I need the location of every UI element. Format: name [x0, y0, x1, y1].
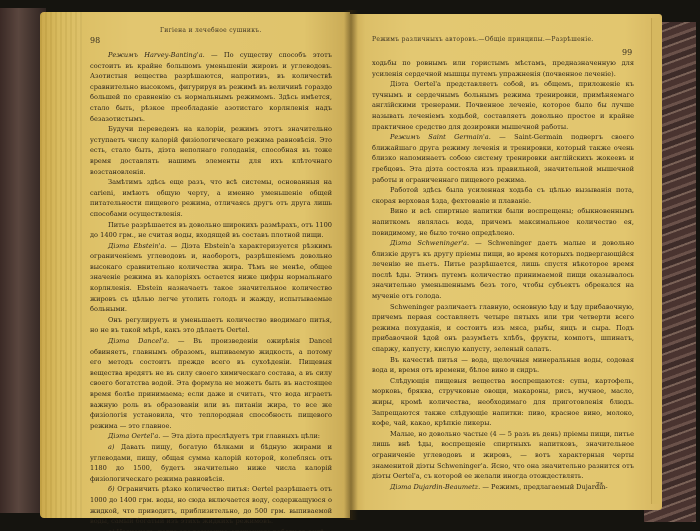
paragraph-text: Вино и всѣ спиртные напитки были воспрещ… — [372, 207, 634, 236]
paragraph: Замѣтимъ здѣсь еще разъ, что всѣ системы… — [90, 177, 332, 219]
paragraph-text: Давать пищу, богатую бѣлками и бѣдную жи… — [90, 443, 332, 483]
paragraph-text: Замѣтимъ здѣсь еще разъ, что всѣ системы… — [90, 178, 332, 218]
paragraph: а) Давать пищу, богатую бѣлками и бѣдную… — [90, 442, 332, 484]
paragraph-text: — Schweninger даетъ малые и довольно бли… — [372, 239, 634, 300]
page-edge — [651, 18, 662, 504]
running-head-right: Режимъ различныхъ авторовъ.—Общiе принци… — [372, 36, 594, 43]
paragraph-text: Питье разрѣшается въ довольно широкихъ р… — [90, 221, 332, 240]
paragraph: Будучи переведенъ на калорiи, режимъ это… — [90, 124, 332, 177]
paragraph: Слѣдующiя пищевыя вещества воспрещаются:… — [372, 376, 634, 429]
paragraph: Питье разрѣшается въ довольно широкихъ р… — [90, 220, 332, 241]
paragraph-lead: б) — [108, 485, 115, 493]
book-gutter — [344, 10, 358, 520]
paragraph-text: Работой здѣсь была усиленная ходьба съ ц… — [372, 186, 634, 205]
paragraph-text: Дiэта Oertel'a представляетъ собой, въ о… — [372, 80, 634, 130]
paragraph: Режимъ Harvey-Banting'a. — По существу с… — [90, 50, 332, 124]
paragraph-text: — Режимъ, предлагаемый Dujardin- — [482, 483, 607, 491]
paragraph: б) Ограничить рѣзко количество питья: Oe… — [90, 484, 332, 526]
paragraph-lead: Дiэта Schweninger'a. — [390, 239, 469, 247]
paragraph: Schweninger различаетъ главную, основную… — [372, 302, 634, 355]
left-page: 98 Гигiена и лечебное сушникъ. Режимъ Ha… — [40, 12, 350, 518]
paragraph: Дiэта Dancel'a. — Въ произведенiи ожирѣн… — [90, 336, 332, 431]
signature-mark: 7* — [596, 482, 603, 489]
paragraph-text: — Эта дiэта преслѣдуетъ три главныхъ цѣл… — [163, 432, 320, 440]
paragraph: Дiэта Schweninger'a. — Schweninger даетъ… — [372, 238, 634, 302]
paragraph: Малые, но довольно частые (4 — 5 разъ въ… — [372, 429, 634, 482]
paragraph-text: Въ качествѣ питья — вода, щелочныя минер… — [372, 356, 634, 375]
paragraph: Онъ регулируетъ и уменьшаетъ количество … — [90, 315, 332, 336]
paragraph: Дiэта Oertel'a представляетъ собой, въ о… — [372, 79, 634, 132]
paragraph-lead: Дiэта Ebstein'a. — [108, 242, 167, 250]
paragraph-lead: Режимъ Harvey-Banting'a. — [108, 51, 205, 59]
page-number-left: 98 — [90, 36, 100, 45]
paragraph-lead: Дiэта Oertel'a. — [108, 432, 160, 440]
paragraph: Въ качествѣ питья — вода, щелочныя минер… — [372, 355, 634, 376]
left-page-body: Режимъ Harvey-Banting'a. — По существу с… — [90, 50, 332, 531]
paragraph-text: ходьбы по ровнымъ или гористымъ мѣстамъ,… — [372, 59, 634, 78]
paragraph-lead: Дiэта Dancel'a. — [108, 337, 169, 345]
paragraph-lead: Дiэта Dujardin-Beaumetz. — [390, 483, 480, 491]
page-edges — [40, 12, 82, 518]
paragraph-text: — По существу способъ этотъ состоитъ въ … — [90, 51, 332, 123]
page-number-right: 99 — [622, 48, 632, 57]
paragraph-text: — Въ произведенiи ожирѣнiя Dancel обвиня… — [90, 337, 332, 430]
paragraph-text: Schweninger различаетъ главную, основную… — [372, 303, 634, 353]
paragraph-text: Слѣдующiя пищевыя вещества воспрещаются:… — [372, 377, 634, 427]
paragraph: Дiэта Ebstein'a. — Дiэта Ebstein'а харак… — [90, 241, 332, 315]
right-page: Режимъ различныхъ авторовъ.—Общiе принци… — [350, 14, 662, 510]
paragraph-text: Онъ регулируетъ и уменьшаетъ количество … — [90, 316, 332, 335]
paragraph: в) Назначать, когда это возможно, мышечн… — [90, 527, 332, 531]
paragraph-lead: а) — [108, 443, 115, 451]
paragraph: Дiэта Dujardin-Beaumetz. — Режимъ, предл… — [372, 482, 634, 493]
paragraph-lead: Режимъ Saint Germain'a. — [390, 133, 491, 141]
paragraph: Дiэта Oertel'a. — Эта дiэта преслѣдуетъ … — [90, 431, 332, 442]
paragraph: Вино и всѣ спиртные напитки были воспрещ… — [372, 206, 634, 238]
paragraph: Режимъ Saint Germain'a. — Saint-Germain … — [372, 132, 634, 185]
paragraph: Работой здѣсь была усиленная ходьба съ ц… — [372, 185, 634, 206]
running-head-left: Гигiена и лечебное сушникъ. — [160, 27, 262, 34]
paragraph-text: Ограничить рѣзко количество питья: Oerte… — [90, 485, 332, 525]
right-page-body: ходьбы по ровнымъ или гористымъ мѣстамъ,… — [372, 58, 634, 492]
paragraph: ходьбы по ровнымъ или гористымъ мѣстамъ,… — [372, 58, 634, 79]
paragraph-text: Малые, но довольно частые (4 — 5 разъ въ… — [372, 430, 634, 480]
paragraph-text: Будучи переведенъ на калорiи, режимъ это… — [90, 125, 332, 175]
paragraph-text: — Дiэта Ebstein'а характеризуется рѣзким… — [90, 242, 332, 314]
